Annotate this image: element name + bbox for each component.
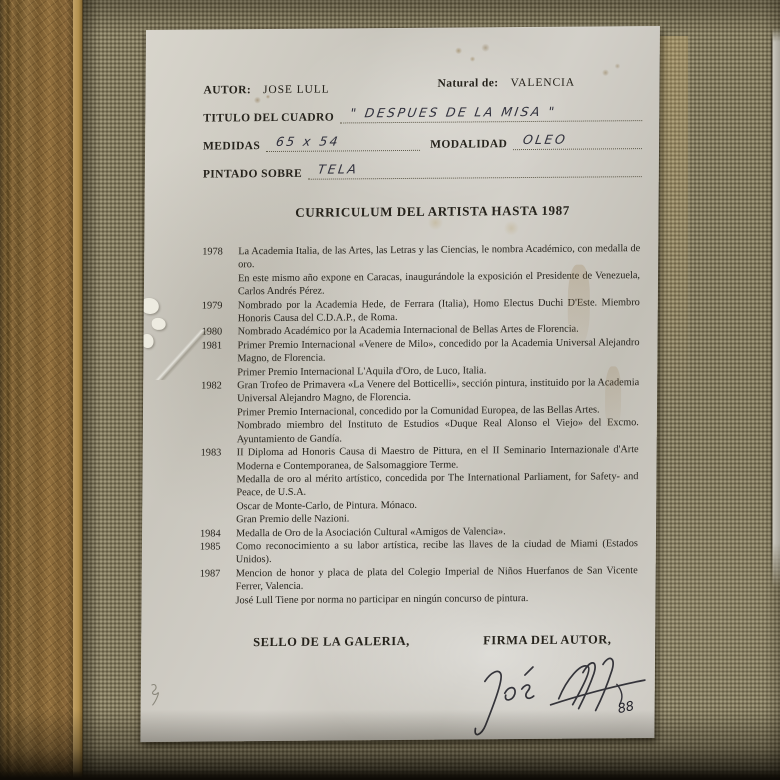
artist-info-sheet: AUTOR: JOSE LULL Natural de: VALENCIA TI…: [140, 26, 660, 742]
curriculum-heading: CURRICULUM DEL ARTISTA HASTA 1987: [224, 202, 640, 221]
entry-year: 1980: [202, 326, 232, 340]
titulo-value: " DESPUES DE LA MISA ": [349, 104, 557, 121]
natural-de-group: Natural de: VALENCIA: [438, 77, 576, 90]
form-row-titulo: TITULO DEL CUADRO " DESPUES DE LA MISA ": [203, 101, 642, 124]
curriculum-entry: 1985Como reconocimiento a su labor artís…: [200, 537, 638, 567]
medidas-fill-line: 65 x 54: [266, 131, 420, 152]
entry-paragraphs: Mencion de honor y placa de plata del Co…: [235, 564, 637, 607]
sheet-footer: SELLO DE LA GALERIA, FIRMA DEL AUTOR,: [140, 632, 655, 742]
natural-de-value: VALENCIA: [510, 77, 575, 90]
artwork-form: AUTOR: JOSE LULL Natural de: VALENCIA TI…: [203, 76, 643, 180]
entry-paragraph: Primer Premio Internacional «Venere de M…: [237, 336, 639, 366]
entry-paragraphs: Gran Trofeo de Primavera «La Venere del …: [237, 376, 640, 446]
photo-back-of-painting: AUTOR: JOSE LULL Natural de: VALENCIA TI…: [0, 0, 780, 780]
wood-frame-edge: [73, 0, 83, 780]
entry-paragraph: Mencion de honor y placa de plata del Co…: [236, 564, 638, 594]
titulo-fill-line: " DESPUES DE LA MISA ": [340, 101, 642, 123]
autor-value: JOSE LULL: [263, 84, 330, 97]
modalidad-value: OLEO: [522, 132, 568, 147]
pintado-label: PINTADO SOBRE: [203, 168, 302, 181]
entry-paragraph: Nombrado por la Academia Hede, de Ferrar…: [238, 296, 640, 326]
modalidad-label: MODALIDAD: [430, 138, 507, 151]
autor-label: AUTOR:: [203, 84, 251, 96]
sello-galeria-label: SELLO DE LA GALERIA,: [253, 634, 410, 650]
entry-year: 1984: [200, 527, 230, 541]
curriculum-entry: 1978La Academia Italia, de las Artes, la…: [202, 242, 640, 299]
entry-paragraph: La Academia Italia, de las Artes, las Le…: [238, 242, 640, 272]
entry-paragraphs: Como reconocimiento a su labor artística…: [236, 537, 638, 567]
entry-paragraphs: La Academia Italia, de las Artes, las Le…: [238, 242, 640, 299]
paint-chip: [142, 334, 154, 348]
entry-paragraphs: Primer Premio Internacional «Venere de M…: [237, 336, 639, 379]
form-row-medidas: MEDIDAS 65 x 54 MODALIDAD OLEO: [203, 129, 642, 152]
curriculum-entry: 1981Primer Premio Internacional «Venere …: [201, 336, 639, 380]
curriculum-entry: 1979Nombrado por la Academia Hede, de Fe…: [202, 296, 640, 326]
canvas-highlight: [660, 36, 688, 416]
entry-paragraph: En este mismo año expone en Caracas, ina…: [238, 269, 640, 299]
medidas-label: MEDIDAS: [203, 140, 260, 152]
entry-paragraph: Medalla de oro al mérito artístico, conc…: [236, 470, 638, 500]
entry-paragraph: José Lull Tiene por norma no participar …: [235, 591, 637, 608]
pintado-value: TELA: [317, 161, 360, 176]
entry-paragraph: Como reconocimiento a su labor artística…: [236, 537, 638, 567]
entry-paragraph: Gran Trofeo de Primavera «La Venere del …: [237, 376, 639, 406]
pencil-scribble: [147, 682, 163, 713]
entry-year: 1981: [201, 339, 231, 379]
form-row-pintado: PINTADO SOBRE TELA: [203, 157, 642, 180]
signature-year: 88: [616, 699, 635, 717]
entry-year: 1979: [202, 299, 232, 326]
frame-shadow: [83, 0, 99, 780]
entry-year: 1987: [199, 567, 229, 607]
entry-year: 1983: [200, 446, 231, 527]
paint-chip: [152, 318, 166, 330]
curriculum-entry: 1983II Diploma ad Honoris Causa di Maest…: [200, 443, 639, 527]
titulo-label: TITULO DEL CUADRO: [203, 112, 334, 125]
form-row-autor: AUTOR: JOSE LULL Natural de: VALENCIA: [203, 76, 642, 96]
modalidad-fill-line: OLEO: [513, 129, 642, 150]
stain: [442, 39, 498, 67]
wood-frame-strip: [0, 0, 73, 780]
author-signature: 88: [458, 650, 659, 742]
natural-de-label: Natural de:: [438, 77, 499, 89]
entry-paragraph: Nombrado miembro del Instituto de Estudi…: [237, 416, 639, 446]
bottom-dark-band: [0, 771, 780, 780]
curriculum-entries: 1978La Academia Italia, de las Artes, la…: [199, 242, 640, 607]
entry-paragraphs: II Diploma ad Honoris Causa di Maestro d…: [236, 443, 639, 527]
entry-year: 1978: [202, 245, 232, 299]
entry-year: 1982: [201, 379, 232, 446]
entry-paragraphs: Nombrado por la Academia Hede, de Ferrar…: [238, 296, 640, 326]
entry-year: 1985: [200, 540, 230, 567]
curriculum-entry: 1987Mencion de honor y placa de plata de…: [199, 564, 637, 608]
paint-chip: [141, 298, 159, 314]
curriculum-entry: 1982Gran Trofeo de Primavera «La Venere …: [201, 376, 640, 446]
pintado-fill-line: TELA: [308, 157, 642, 180]
medidas-value: 65 x 54: [275, 133, 341, 149]
firma-autor-label: FIRMA DEL AUTOR,: [483, 632, 611, 648]
right-edge-paper-sliver: [771, 28, 780, 588]
entry-paragraph: II Diploma ad Honoris Causa di Maestro d…: [237, 443, 639, 473]
